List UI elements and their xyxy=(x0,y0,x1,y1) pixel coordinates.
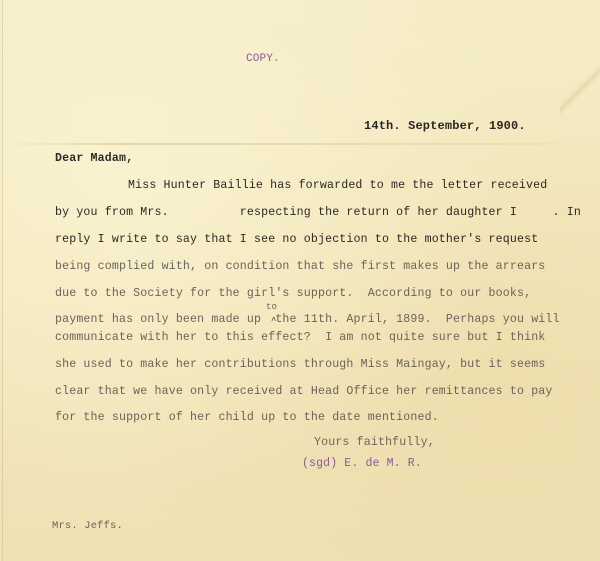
paper-edge xyxy=(2,0,3,561)
body-line-1: Miss Hunter Baillie has forwarded to me … xyxy=(128,180,547,192)
body-line-5: due to the Society for the girl's suppor… xyxy=(55,288,531,300)
body-line-6: payment has only been made up the 11th. … xyxy=(55,314,560,326)
insertion-caret: ^ xyxy=(271,317,277,326)
handwritten-insertion: to xyxy=(266,303,277,312)
recipient-name: Mrs. Jeffs. xyxy=(52,521,123,532)
body-line-2: by you from Mrs. respecting the return o… xyxy=(55,207,581,219)
body-line-9: clear that we have only received at Head… xyxy=(55,386,553,398)
body-line-4: being complied with, on condition that s… xyxy=(55,261,545,273)
salutation: Dear Madam, xyxy=(55,153,133,165)
body-line-10: for the support of her child up to the d… xyxy=(55,412,439,424)
body-line-8: she used to make her contributions throu… xyxy=(55,359,545,371)
letter-page: COPY. 14th. September, 1900. Dear Madam,… xyxy=(0,0,600,561)
copy-label: COPY. xyxy=(246,54,280,65)
letter-date: 14th. September, 1900. xyxy=(364,120,526,132)
body-line-3: reply I write to say that I see no objec… xyxy=(55,234,538,246)
closing: Yours faithfully, xyxy=(314,437,435,449)
signature: (sgd) E. de M. R. xyxy=(302,458,422,470)
body-line-7: communicate with her to this effect? I a… xyxy=(55,332,545,344)
paper-crease xyxy=(560,40,600,140)
paper-fold-line xyxy=(0,143,600,145)
